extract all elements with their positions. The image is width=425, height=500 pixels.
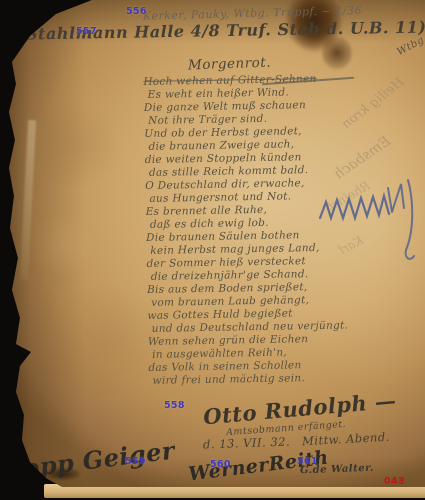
scanned-album-page: { "page": { "header_line1": "Kerker, Pau… [0,0,425,500]
poem-line: vom braunen Laub gehängt, [151,293,372,310]
poem-line: daß es dich ewig lob. [150,215,371,232]
ink-stain-small [322,36,352,70]
header-margin-note: Wtbg. [395,33,425,58]
showthrough-note: Heilig kron [339,75,407,133]
poem-body: Hoch wehen auf Gitter-SehnenEs weht ein … [143,72,373,388]
poem-line: Und ob der Herbst geendet, [144,124,369,141]
ink-scribble [318,178,422,268]
signature-main-subtitle: Amtsobmann erfänget. [226,419,347,438]
poem-line: Es weht ein heißer Wind. [148,85,369,102]
index-label-559: 559 [125,456,146,467]
poem-line: Wenn sehen grün die Eichen [148,332,373,349]
page-code-label: 043 [384,476,405,487]
paper-scratch [20,120,36,280]
index-label-560: 560 [210,459,231,470]
aged-paper-sheet: Kerker, Pauky, Wtbg. Truppf. ~ 1/36 Stah… [0,0,425,487]
smudge-bottom-left [46,468,80,480]
showthrough-note: Emsbach [331,133,394,183]
poem-line: was Gottes Huld begießet [147,306,372,323]
index-label-558: 558 [164,400,185,411]
poem-line: aus Hungersnot und Not. [149,189,370,206]
poem-line: Not ihre Träger sind. [148,111,369,128]
poem-line: Die braunen Säulen bothen [146,228,371,245]
header-pencil-line-1: Kerker, Pauky, Wtbg. Truppf. ~ 1/36 [143,2,423,22]
poem-title: Morgenrot. [188,55,272,74]
signature-bottom-1: Bopp Geiger [1,436,177,486]
poem-line: die dreizehnjähr'ge Schand. [151,267,372,284]
signature-date: d. 13. VII. 32. [203,434,291,451]
index-label-561: 561 [297,456,318,467]
poem-line: das Volk in seinen Schollen [148,358,373,375]
poem-line: in ausgewählten Reih'n, [152,345,373,362]
poem-line: kein Herbst mag junges Land, [150,241,371,258]
strikethrough-mark [262,77,354,85]
poem-line: die weiten Stoppeln künden [145,150,370,167]
poem-line: O Deutschland dir, erwache, [145,176,370,193]
poem-line: Bis aus dem Boden sprießet, [147,280,372,297]
poem-line: der Sommer hieß verstecket [146,254,371,271]
poem-line: Hoch wehen auf Gitter-Sehnen [143,72,368,89]
poem-line: und das Deutschland neu verjüngt. [152,319,373,336]
signature-date-note: Mittw. Abend. [302,430,391,449]
ink-stain-top-right [283,0,345,62]
signature-main: Otto Rudolph — [202,388,397,430]
showthrough-note: Karl [336,233,365,257]
poem-line: Die ganze Welt muß schauen [144,98,369,115]
poem-line: Es brennet alle Ruhe, [146,202,371,219]
poem-line: wird frei und mächtig sein. [153,371,374,388]
poem-line: die braunen Zweige auch, [148,137,369,154]
index-label-556: 556 [126,6,147,17]
showthrough-note: Rheinst. [322,178,373,215]
index-label-557: 557 [76,26,97,37]
poem-line: das stille Reich kommt bald. [149,163,370,180]
